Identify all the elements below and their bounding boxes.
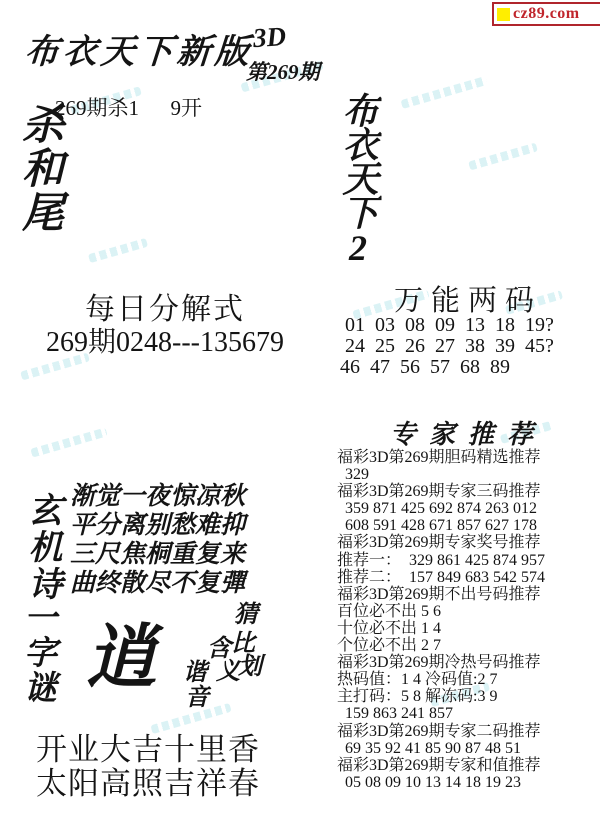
expert-line: 个位必不出 2 7 <box>337 637 599 654</box>
expert-recommendation-title: 专家推荐 <box>340 414 596 451</box>
expert-line: 福彩3D第269期专家二码推荐 <box>337 723 599 740</box>
expert-line: 百位必不出 5 6 <box>337 603 599 620</box>
expert-recommendation-block: 福彩3D第269期胆码精选推荐 329 福彩3D第269期专家三码推荐 359 … <box>337 449 599 791</box>
site-logo-text: cz89.com <box>513 5 580 23</box>
expert-line: 十位必不出 1 4 <box>337 620 599 637</box>
expert-line: 福彩3D第269期专家和值推荐 <box>337 757 599 774</box>
site-logo-link[interactable]: cz89.com <box>492 2 600 26</box>
poem-line: 平分离别愁难抑 <box>70 511 248 540</box>
riddle-hint: 音 <box>185 686 209 710</box>
riddle-character: 逍 <box>86 624 156 694</box>
expert-line: 329 <box>337 466 599 483</box>
expert-line: 05 08 09 10 13 14 18 19 23 <box>337 774 599 791</box>
expert-line: 359 871 425 692 874 263 012 <box>337 500 599 517</box>
expert-line: 主打码：5 8 解冻码:3 9 <box>337 688 599 705</box>
expert-line: 福彩3D第269期冷热号码推荐 <box>337 654 599 671</box>
universal-two-codes-grid: 01 03 08 09 13 18 19? 24 25 26 27 38 39 … <box>340 315 554 378</box>
expert-line: 福彩3D第269期专家三码推荐 <box>337 483 599 500</box>
expert-line: 推荐一： 329 861 425 874 957 <box>337 552 599 569</box>
riddle-hint: 划 <box>238 655 262 679</box>
page-title: 布衣天下新版 <box>23 24 254 73</box>
two-codes-row: 01 03 08 09 13 18 19? <box>340 315 554 336</box>
watermark <box>30 427 107 457</box>
universal-two-codes-title: 万能两码 <box>340 278 596 319</box>
expert-line: 69 35 92 41 85 90 87 48 51 <box>337 740 599 757</box>
expert-line: 福彩3D第269期专家奖号推荐 <box>337 534 599 551</box>
riddle-hint: 比 <box>231 632 255 656</box>
watermark <box>400 76 487 109</box>
couplet-line: 太阳高照吉祥春 <box>36 758 260 803</box>
riddle-hint: 猜 <box>234 603 258 627</box>
riddle-hint: 谐 <box>183 661 207 685</box>
edition-label: 3D <box>252 21 287 54</box>
watermark <box>468 143 538 171</box>
expert-line: 热码值：1 4 冷码值:2 7 <box>337 671 599 688</box>
issue-number: 第269期 <box>246 56 320 86</box>
poem-line: 渐觉一夜惊凉秋 <box>70 482 248 511</box>
expert-line: 福彩3D第269期胆码精选推荐 <box>337 449 599 466</box>
two-codes-row: 46 47 56 57 68 89 <box>340 357 554 378</box>
brand-vertical-label: 布衣天下2 <box>340 92 376 266</box>
mystery-poem-label: 玄机诗 <box>24 492 58 603</box>
one-character-riddle-label: 一字谜 <box>20 600 53 705</box>
lottery-sheet-page: 布衣天下新版 3D 第269期 cz89.com 269期杀1 9开 杀和尾 每… <box>0 0 600 824</box>
watermark <box>88 238 148 263</box>
riddle-hint: 含 <box>207 637 231 661</box>
logo-yellow-square-icon <box>497 8 510 21</box>
poem-line: 曲终散尽不复彈 <box>70 569 248 598</box>
kill-number-line: 269期杀1 9开 <box>55 92 202 122</box>
kill-sum-tail-label: 杀和尾 <box>18 102 60 234</box>
mystery-poem: 渐觉一夜惊凉秋 平分离别愁难抑 三尺焦桐重复来 曲终散尽不复彈 <box>70 482 248 598</box>
riddle-hint: 义 <box>216 660 240 684</box>
two-codes-row: 24 25 26 27 38 39 45? <box>340 336 554 357</box>
daily-decomposition-formula: 269期0248---135679 <box>0 320 330 360</box>
expert-line: 推荐二： 157 849 683 542 574 <box>337 569 599 586</box>
expert-line: 福彩3D第269期不出号码推荐 <box>337 586 599 603</box>
expert-line: 608 591 428 671 857 627 178 <box>337 517 599 534</box>
expert-line: 159 863 241 857 <box>337 705 599 722</box>
poem-line: 三尺焦桐重复来 <box>70 540 248 569</box>
